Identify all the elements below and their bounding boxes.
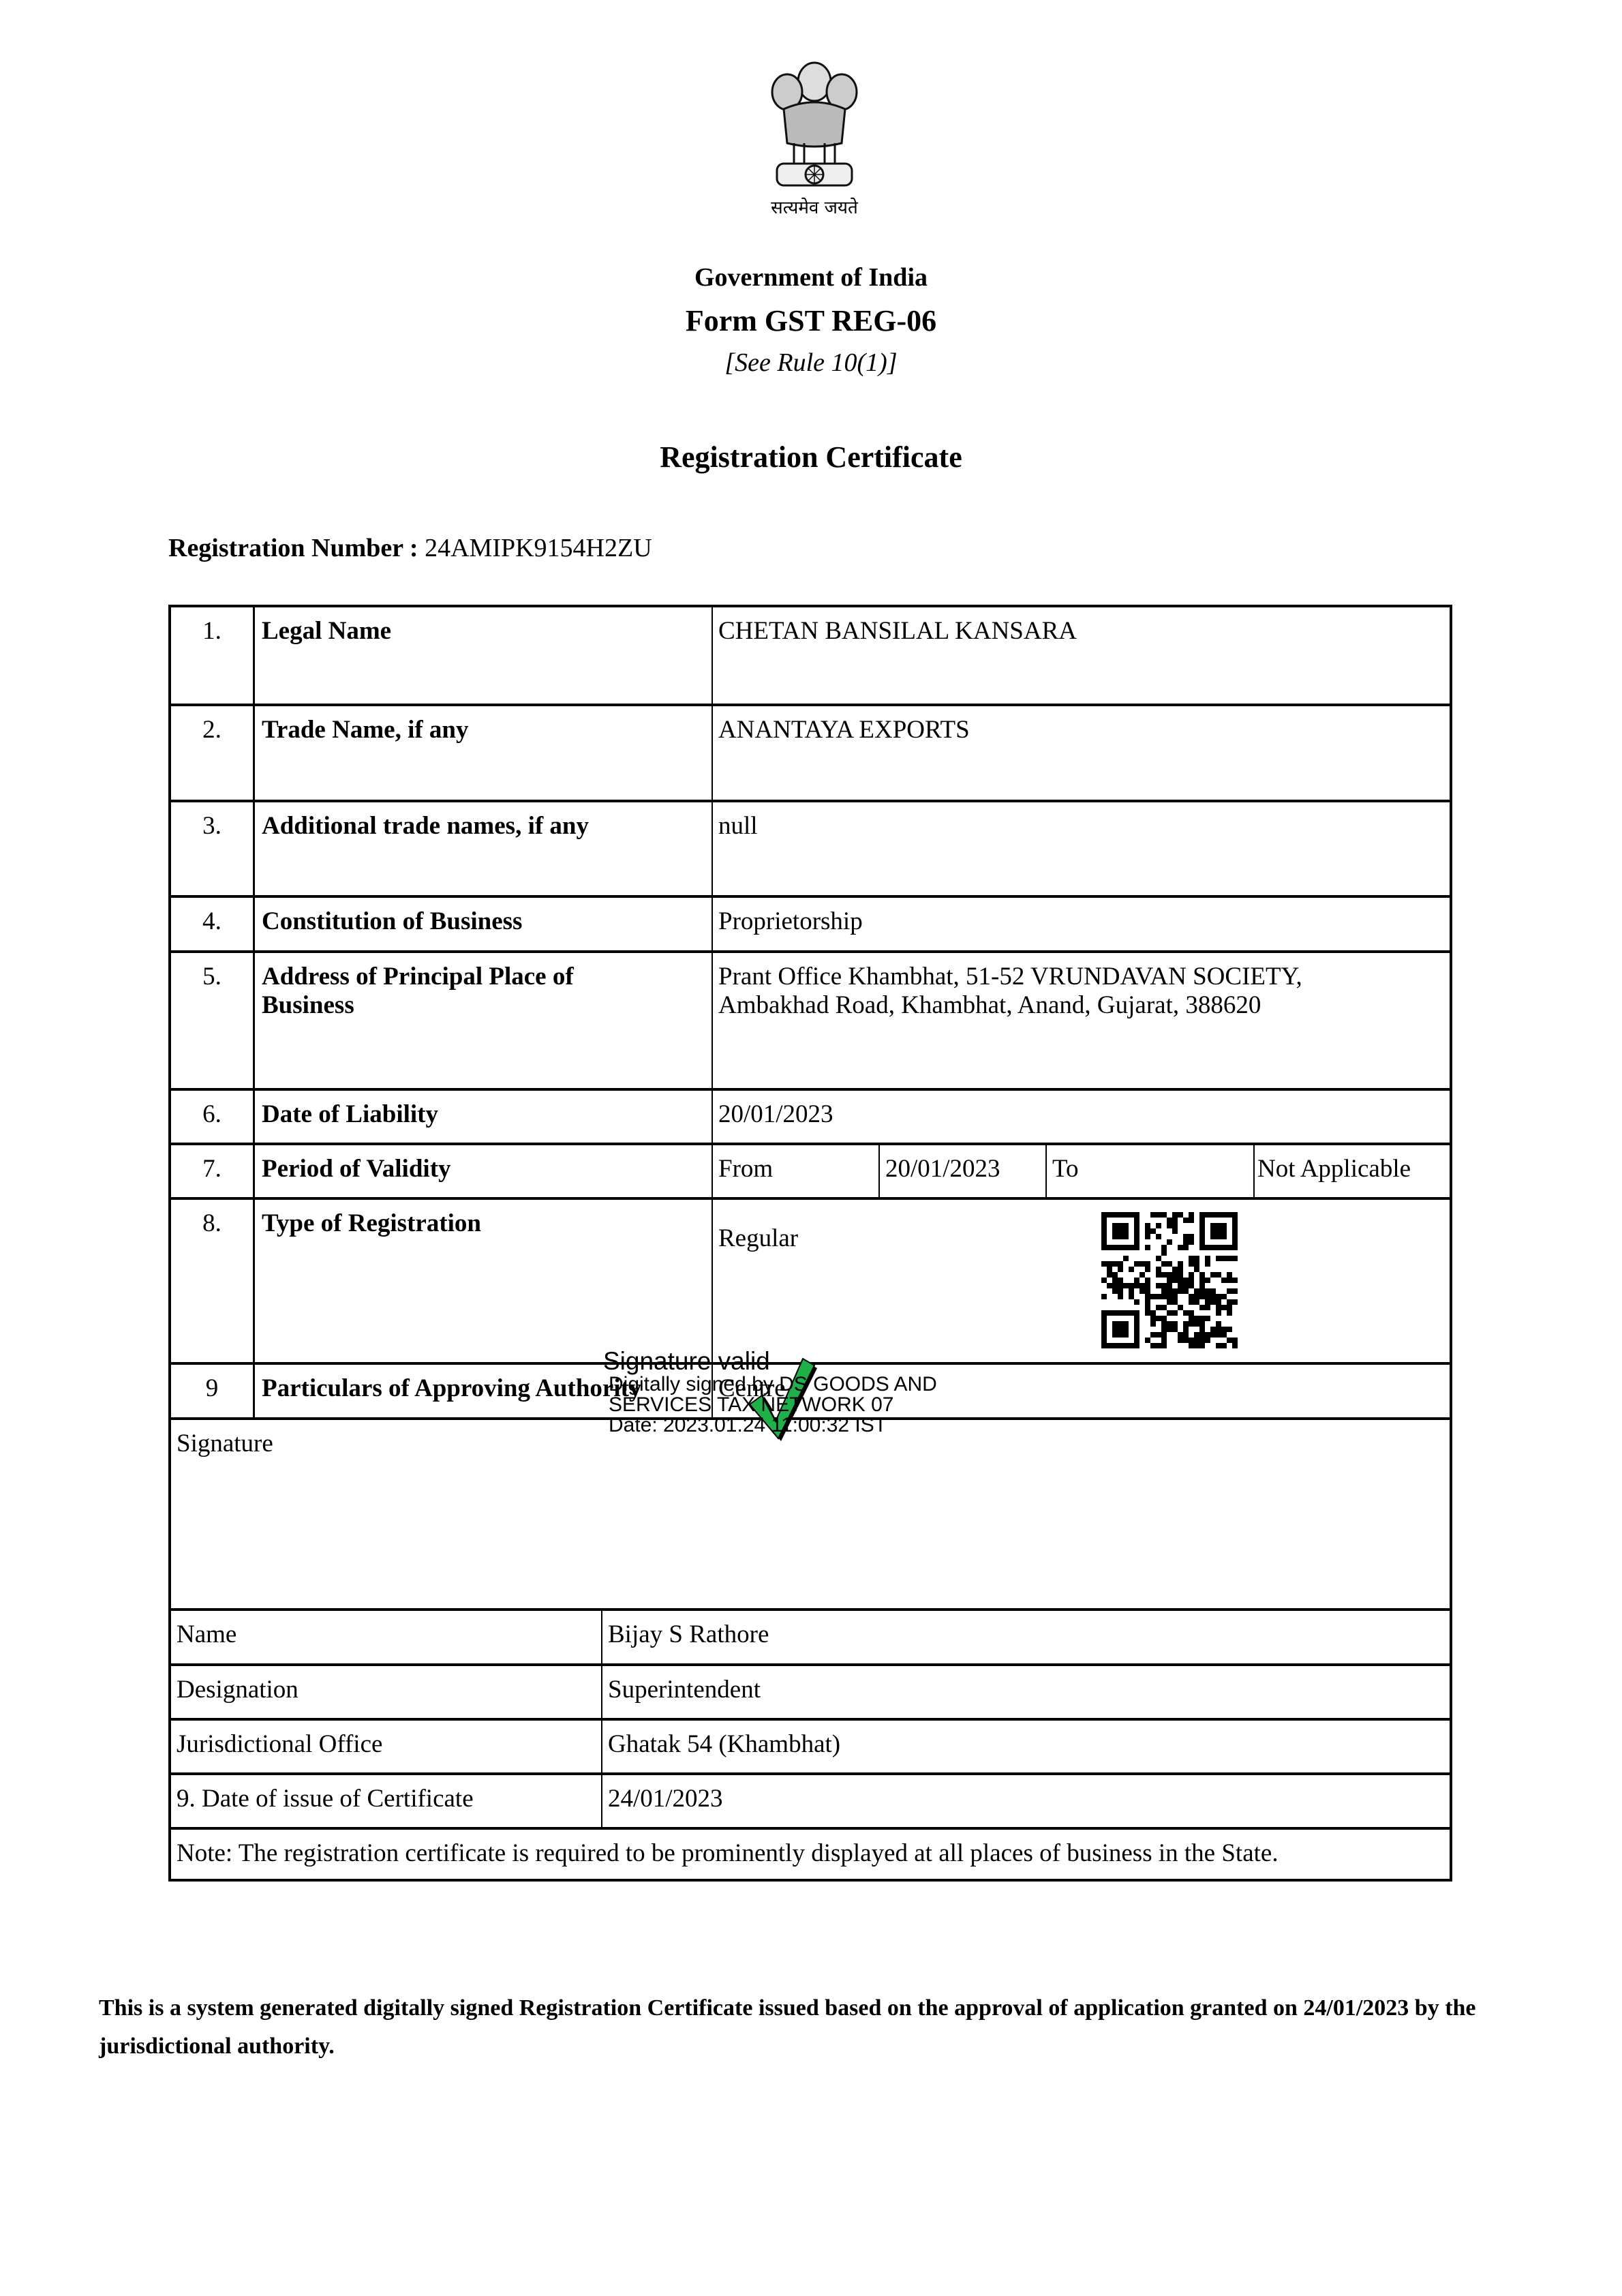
validity-cells: From 20/01/2023 To Not Applicable — [713, 1145, 1450, 1197]
row-label: Additional trade names, if any — [255, 802, 713, 895]
authority-label: Name — [171, 1611, 602, 1663]
validity-from-value: 20/01/2023 — [880, 1145, 1047, 1197]
validity-to-label: To — [1047, 1145, 1255, 1197]
registration-type-value: Regular — [713, 1200, 1450, 1362]
table-row: 6. Date of Liability 20/01/2023 — [171, 1091, 1450, 1145]
signature-status: Signature valid — [603, 1348, 937, 1374]
row-label: Date of Liability — [255, 1091, 713, 1143]
registration-number: Registration Number : 24AMIPK9154H2ZU — [168, 533, 652, 563]
validity-from-label: From — [713, 1145, 880, 1197]
row-number: 5. — [171, 953, 255, 1088]
additional-trade-names-value: null — [713, 802, 1450, 895]
table-row: 8. Type of Registration Regular — [171, 1200, 1450, 1365]
officer-name-value: Bijay S Rathore — [602, 1611, 1450, 1663]
authority-label: Jurisdictional Office — [171, 1721, 602, 1772]
row-number: 1. — [171, 607, 255, 704]
government-heading: Government of India — [0, 262, 1622, 292]
table-row: 4. Constitution of Business Proprietorsh… — [171, 898, 1450, 953]
row-number: 8. — [171, 1200, 255, 1362]
table-row: 1. Legal Name CHETAN BANSILAL KANSARA — [171, 607, 1450, 706]
constitution-value: Proprietorship — [713, 898, 1450, 950]
table-row: 9. Date of issue of Certificate 24/01/20… — [171, 1775, 1450, 1830]
trade-name-value: ANANTAYA EXPORTS — [713, 706, 1450, 800]
row-label: Period of Validity — [255, 1145, 713, 1197]
authority-label: 9. Date of issue of Certificate — [171, 1775, 602, 1827]
row-number: 2. — [171, 706, 255, 800]
row-label: Constitution of Business — [255, 898, 713, 950]
authority-label: Designation — [171, 1666, 602, 1718]
signature-row: Signature — [171, 1420, 1450, 1611]
emblem-motto: सत्यमेव जयते — [743, 194, 886, 219]
row-label: Address of Principal Place of Business — [255, 953, 713, 1088]
registration-number-label: Registration Number : — [168, 534, 418, 562]
row-number: 7. — [171, 1145, 255, 1197]
note-row: Note: The registration certificate is re… — [171, 1830, 1450, 1882]
table-row: Name Bijay S Rathore — [171, 1611, 1450, 1666]
row-label: Legal Name — [255, 607, 713, 704]
qr-code — [1101, 1212, 1238, 1348]
certificate-title: Registration Certificate — [0, 440, 1622, 474]
table-row: Jurisdictional Office Ghatak 54 (Khambha… — [171, 1721, 1450, 1775]
row-number: 9 — [171, 1365, 255, 1417]
table-row: 7. Period of Validity From 20/01/2023 To… — [171, 1145, 1450, 1200]
table-row: 2. Trade Name, if any ANANTAYA EXPORTS — [171, 706, 1450, 802]
form-title: Form GST REG-06 — [0, 303, 1622, 338]
certificate-table: 1. Legal Name CHETAN BANSILAL KANSARA 2.… — [168, 605, 1452, 1882]
date-of-liability-value: 20/01/2023 — [713, 1091, 1450, 1143]
issue-date-value: 24/01/2023 — [602, 1775, 1450, 1827]
jurisdictional-office-value: Ghatak 54 (Khambhat) — [602, 1721, 1450, 1772]
table-row: 3. Additional trade names, if any null — [171, 802, 1450, 898]
address-value: Prant Office Khambhat, 51-52 VRUNDAVAN S… — [713, 953, 1450, 1088]
digital-signature-stamp[interactable]: Signature valid Digitally signed by DS G… — [603, 1348, 937, 1436]
signed-by-line-1: Digitally signed by DS GOODS AND — [609, 1374, 937, 1395]
signature-date: Date: 2023.01.24 11:00:32 IST — [609, 1415, 937, 1436]
legal-name-value: CHETAN BANSILAL KANSARA — [713, 607, 1450, 704]
system-generated-footer: This is a system generated digitally sig… — [99, 1989, 1537, 2066]
signed-by-line-2: SERVICES TAX NETWORK 07 — [609, 1395, 937, 1415]
table-row: Designation Superintendent — [171, 1666, 1450, 1721]
row-label: Type of Registration — [255, 1200, 713, 1362]
validity-to-value: Not Applicable — [1255, 1145, 1450, 1197]
table-row: 5. Address of Principal Place of Busines… — [171, 953, 1450, 1091]
row-number: 4. — [171, 898, 255, 950]
signature-label: Signature — [171, 1420, 1450, 1608]
row-number: 3. — [171, 802, 255, 895]
row-number: 6. — [171, 1091, 255, 1143]
display-note: Note: The registration certificate is re… — [171, 1830, 1450, 1882]
row-label: Trade Name, if any — [255, 706, 713, 800]
national-emblem-icon — [756, 55, 872, 191]
designation-value: Superintendent — [602, 1666, 1450, 1718]
registration-number-value: 24AMIPK9154H2ZU — [425, 534, 652, 562]
rule-reference: [See Rule 10(1)] — [0, 348, 1622, 378]
